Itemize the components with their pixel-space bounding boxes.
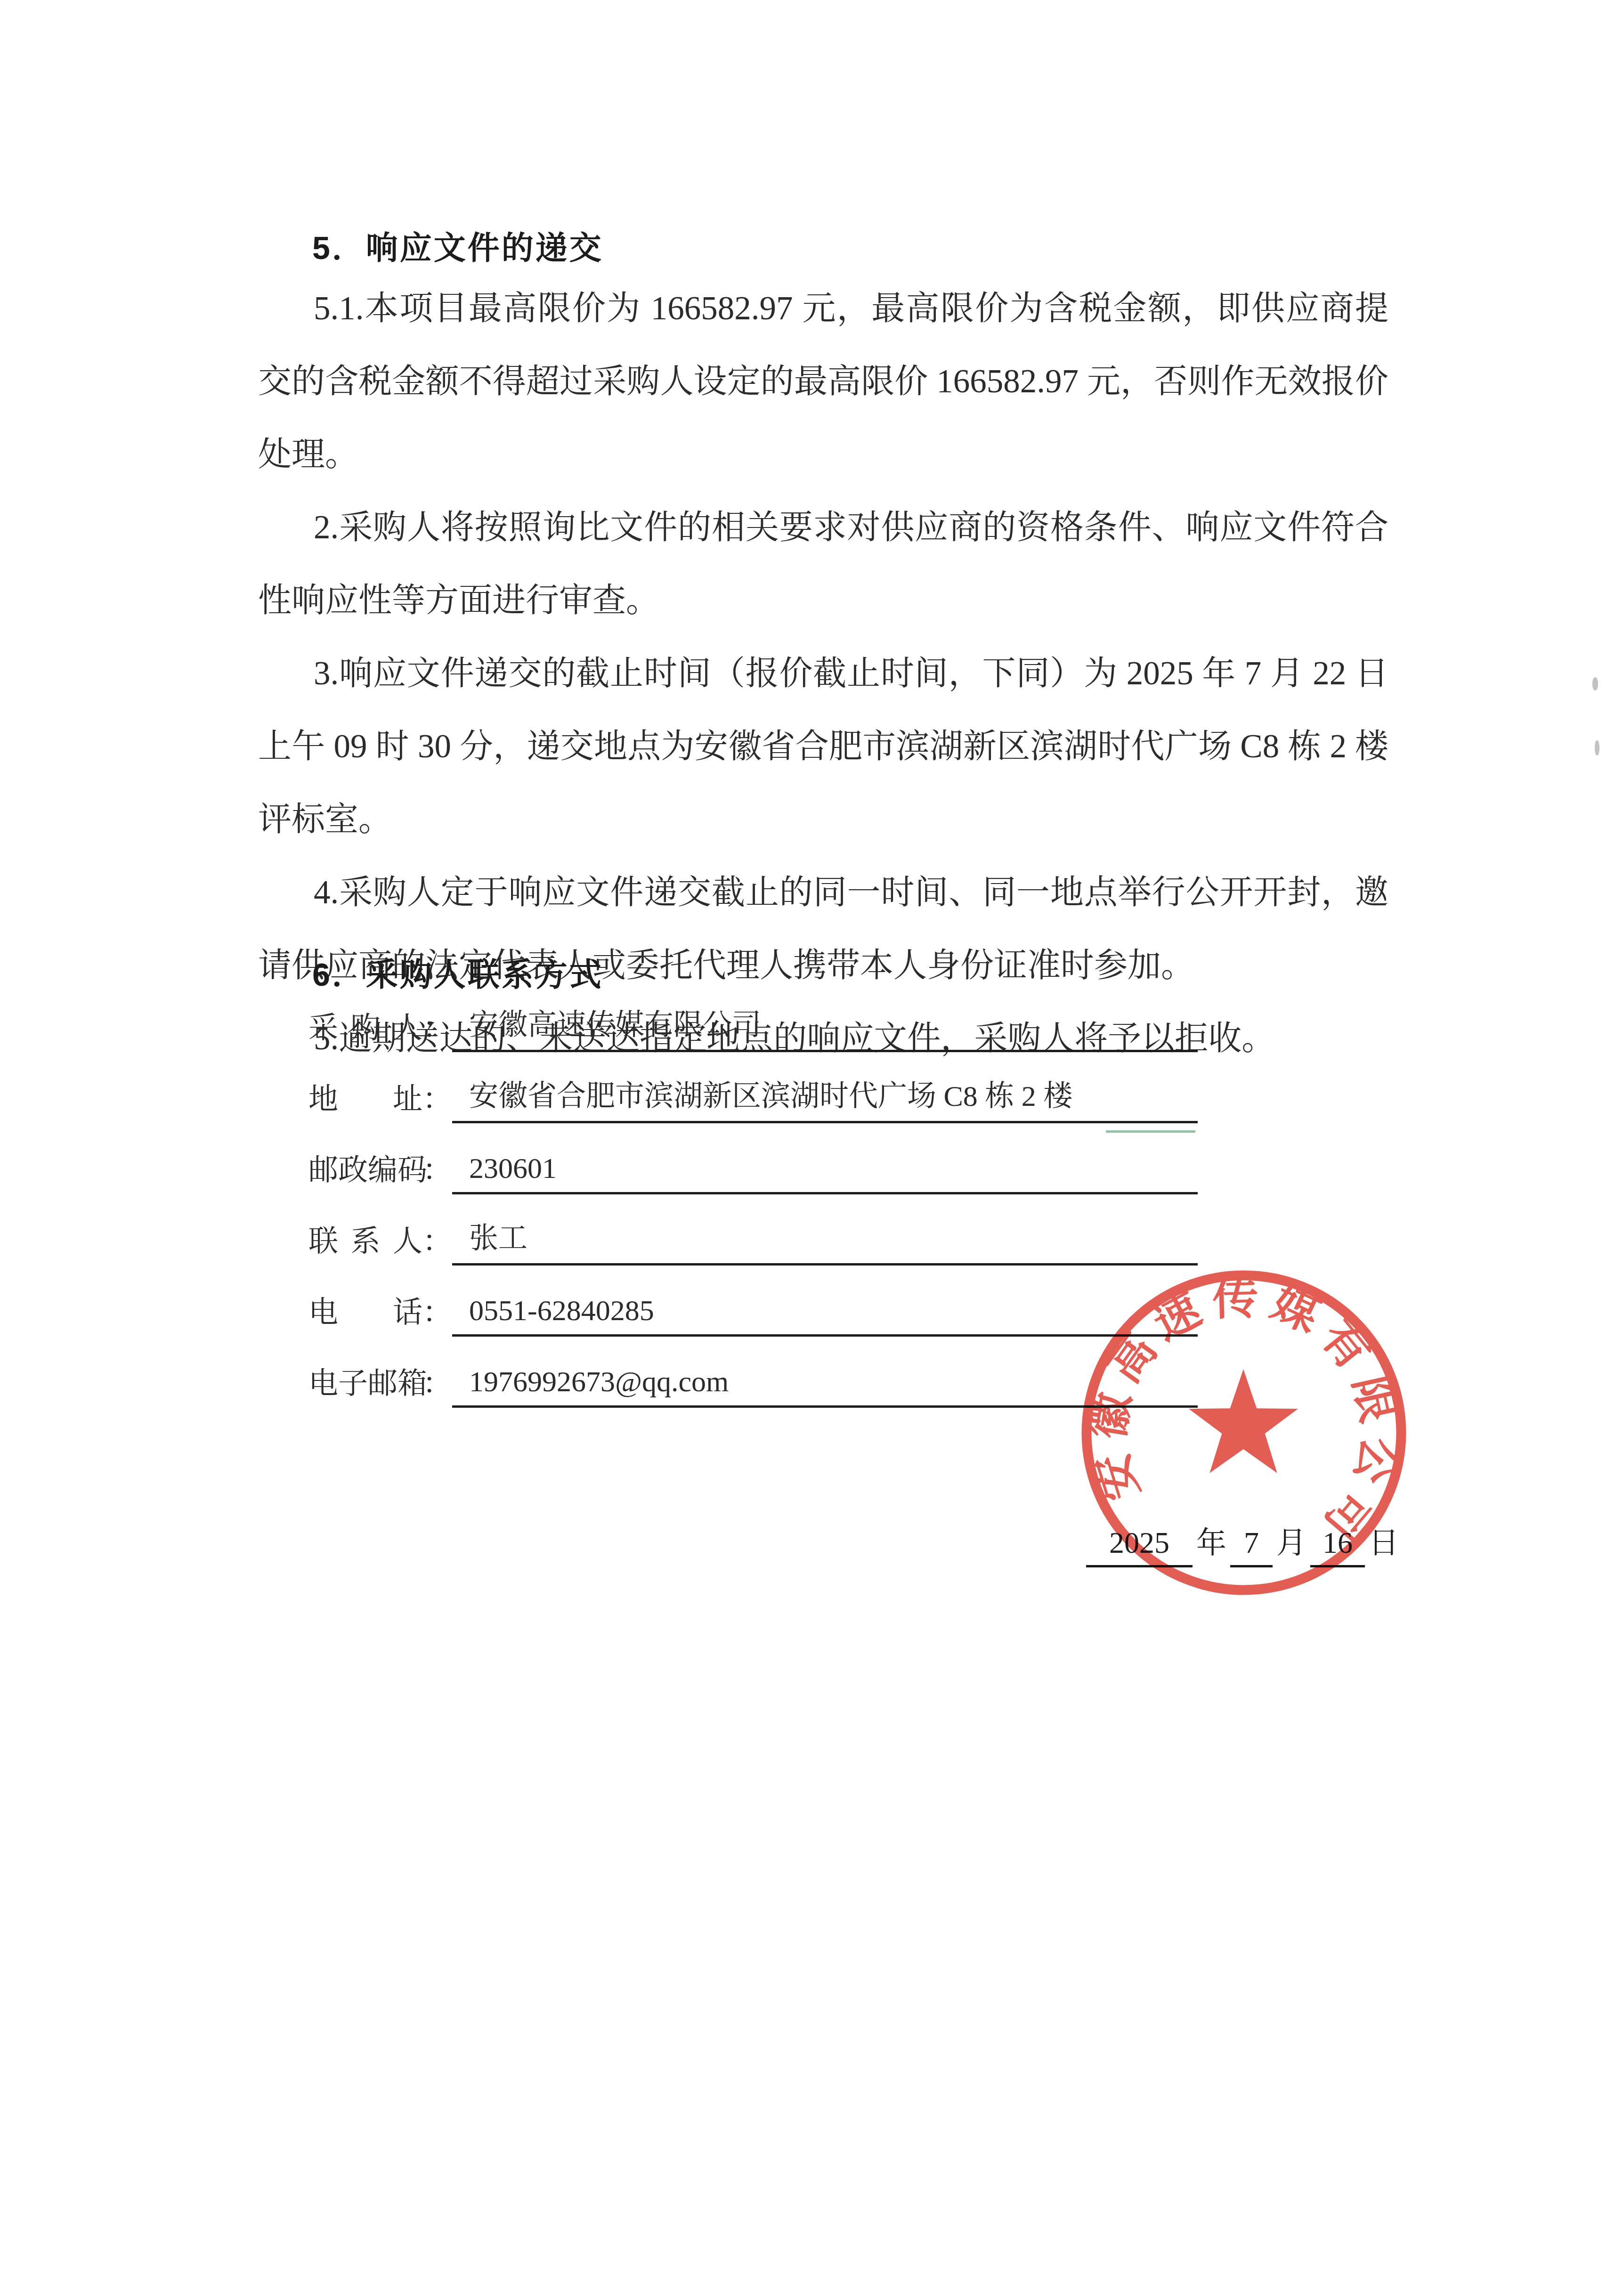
field-value-address: 安徽省合肥市滨湖新区滨湖时代广场 C8 栋 2 楼 — [452, 1072, 1198, 1123]
seal-star-icon — [1189, 1369, 1298, 1473]
field-value-purchaser: 安徽高速传媒有限公司 — [452, 1001, 1198, 1052]
field-value-postcode: 230601 — [452, 1152, 1198, 1194]
contact-row-email: 电子邮箱： 1976992673@qq.com — [308, 1355, 1198, 1408]
field-label: 联系人： — [308, 1217, 452, 1266]
contact-fields: 采购人： 安徽高速传媒有限公司 地址： 安徽省合肥市滨湖新区滨湖时代广场 C8 … — [308, 999, 1198, 1426]
contact-row-phone: 电话： 0551-62840285 — [308, 1284, 1198, 1337]
contact-row-address: 地址： 安徽省合肥市滨湖新区滨湖时代广场 C8 栋 2 楼 — [308, 1071, 1198, 1123]
paragraph-5-3: 3.响应文件递交的截止时间（报价截止时间，下同）为 2025 年 7 月 22 … — [258, 637, 1388, 856]
contact-row-purchaser: 采购人： 安徽高速传媒有限公司 — [308, 999, 1198, 1052]
section5-heading: 5．响应文件的递交 — [312, 223, 603, 268]
document-page: 5．响应文件的递交 5.1.本项目最高限价为 166582.97 元，最高限价为… — [0, 0, 1623, 2296]
company-seal-stamp: 安徽高速传媒有限公司 — [1081, 1270, 1406, 1595]
paragraph-5-2: 2.采购人将按照询比文件的相关要求对供应商的资格条件、响应文件符合性响应性等方面… — [258, 491, 1388, 637]
contact-row-postcode: 邮政编码： 230601 — [308, 1142, 1198, 1194]
field-label: 邮政编码： — [308, 1146, 452, 1194]
section6-heading: 6．采购人联系方式 — [312, 949, 603, 995]
field-label: 电子邮箱： — [308, 1359, 452, 1408]
scan-artifact-speck — [1595, 740, 1599, 755]
field-value-contact-person: 张工 — [452, 1215, 1198, 1266]
scan-artifact-speck — [1592, 677, 1598, 690]
field-label: 地址： — [308, 1075, 452, 1123]
contact-row-contact-person: 联系人： 张工 — [308, 1213, 1198, 1266]
field-label: 采购人： — [308, 1004, 452, 1052]
field-label: 电话： — [308, 1288, 452, 1337]
paragraph-5-1: 5.1.本项目最高限价为 166582.97 元，最高限价为含税金额，即供应商提… — [258, 272, 1388, 491]
scan-artifact-green-line — [1106, 1130, 1195, 1133]
